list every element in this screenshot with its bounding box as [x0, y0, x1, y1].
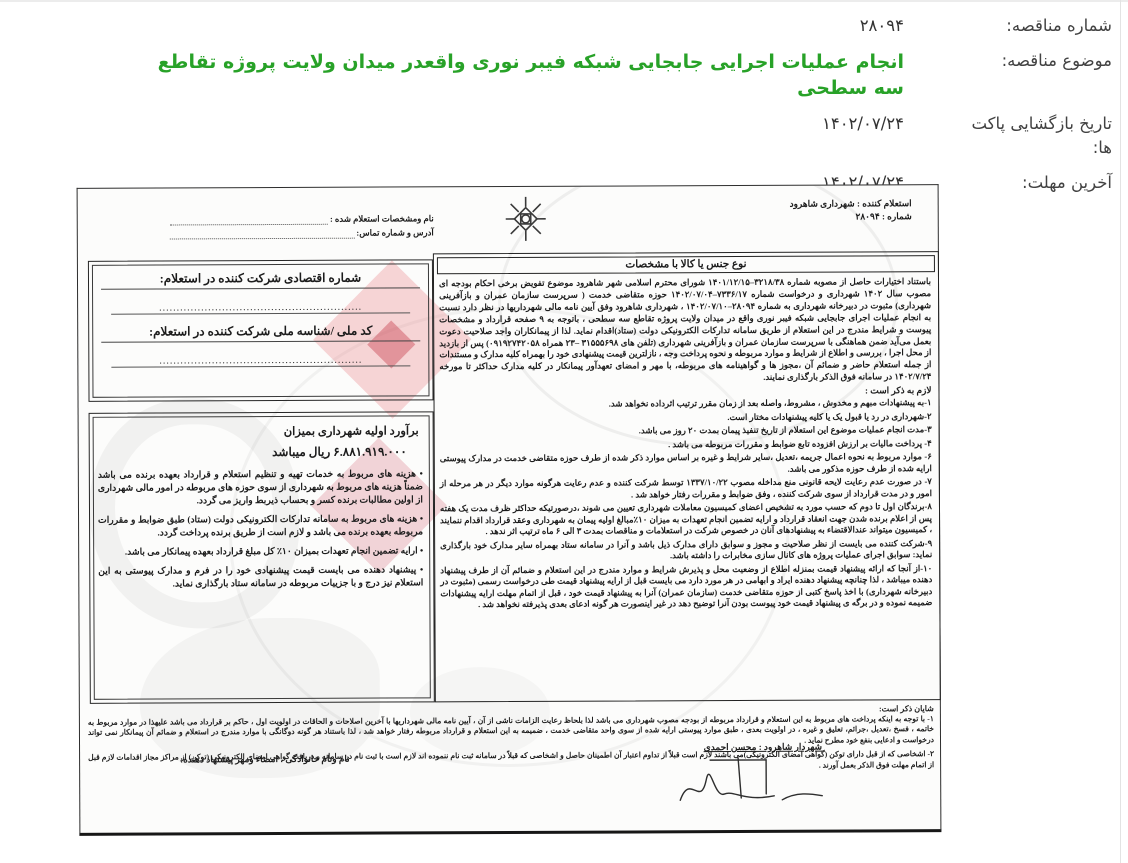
- tender-subject-value: انجام عملیات اجرایی جابجایی شبکه فیبر نو…: [122, 49, 970, 101]
- note-item: ۶- موارد مربوط به نحوه اعمال جریمه ،تعدی…: [435, 451, 939, 476]
- note-item: ۸-برندگان اول تا دوم که حسب مورد به تشخی…: [435, 501, 939, 538]
- note-item: ۱-به پیشنهادات مبهم و مخدوش ، مشروط، واص…: [435, 397, 939, 411]
- inquirer-block: استعلام کننده : شهرداری شاهرود شماره : ۲…: [742, 197, 912, 224]
- specifications-column: نوع جنس یا کالا با مشخصات باستناد اختیار…: [433, 251, 941, 702]
- deadline-label: آخرین مهلت:: [970, 171, 1112, 195]
- top-divider: [0, 0, 1128, 2]
- inquiry-number: شماره : ۲۸۰۹۴: [742, 210, 912, 224]
- economic-number-blank: ........................................…: [111, 302, 410, 314]
- note-item: ۱۰-از آنجا که ارائه پیشنهاد قیمت بمنزله …: [435, 563, 939, 611]
- tender-number-row: شماره مناقصه: ۲۸۰۹۴: [122, 14, 1112, 38]
- cost-bullet: ارایه تضمین انجام تعهدات بمیزان ۱۰٪ کل م…: [90, 538, 433, 558]
- national-id-label: کد ملی /شناسه ملی شرکت کننده در استعلام:: [101, 323, 420, 342]
- estimate-amount: ۶.۸۸۱.۹۱۹.۰۰۰ ریال میباشد: [90, 441, 433, 462]
- requester-contact-row: آدرس و شماره تماس:: [170, 227, 434, 239]
- note-item: ۷- در صورت عدم رعایت لایحه قانونی منع مد…: [435, 476, 939, 501]
- requester-name-row: نام ومشخصات استعلام شده :: [170, 213, 434, 225]
- main-paragraph: باستناد اختیارات حاصل از مصوبه شماره ۳۲۱…: [434, 274, 938, 385]
- tender-header: شماره مناقصه: ۲۸۰۹۴ موضوع مناقصه: انجام …: [122, 14, 1112, 206]
- participant-id-box: شماره اقتصادی شرکت کننده در استعلام: ...…: [88, 259, 434, 402]
- requester-block: نام ومشخصات استعلام شده : آدرس و شماره ت…: [170, 213, 434, 242]
- note-item: ۹-شرکت کننده می بایست از نظر صلاحیت و مج…: [435, 538, 939, 563]
- scanned-inquiry-document: استعلام کننده : شهرداری شاهرود شماره : ۲…: [77, 184, 942, 836]
- cost-bullet: هزینه های مربوط به خدمات تهیه و تنظیم اس…: [90, 461, 433, 507]
- requester-contact-label: آدرس و شماره تماس:: [356, 227, 433, 238]
- open-date-row: تاریخ بازگشایی پاکت ها: ۱۴۰۲/۰۷/۲۴: [122, 112, 1112, 160]
- requester-name-blank: [170, 216, 328, 226]
- note-item: ۴- پرداخت مالیات بر ارزش افزوده تابع ضوا…: [435, 438, 939, 452]
- estimate-title: برآورد اولیه شهرداری بمیزان: [90, 412, 433, 442]
- open-date-label: تاریخ بازگشایی پاکت ها:: [970, 112, 1112, 160]
- requester-contact-blank: [170, 230, 355, 240]
- requester-name-label: نام ومشخصات استعلام شده :: [330, 213, 434, 224]
- right-edge-divider: [1120, 0, 1121, 863]
- inquirer-name: استعلام کننده : شهرداری شاهرود: [742, 197, 912, 211]
- cost-bullet: هزینه های مربوط به سامانه تدارکات الکترو…: [90, 506, 433, 539]
- tender-number-label: شماره مناقصه:: [970, 14, 1112, 38]
- cost-bullet: پیشنهاد دهنده می بایست قیمت پیشنهادی خود…: [90, 557, 433, 590]
- mayor-name-line: شهردار شاهرود : محسن احمدی: [704, 742, 822, 754]
- economic-number-label: شماره اقتصادی شرکت کننده در استعلام:: [101, 270, 420, 289]
- note-item: ۳-مدت انجام عملیات موضوع این استعلام از …: [435, 424, 939, 438]
- tender-subject-label: موضوع مناقصه:: [970, 49, 1112, 101]
- estimate-box: برآورد اولیه شهرداری بمیزان ۶.۸۸۱.۹۱۹.۰۰…: [89, 411, 435, 704]
- bidder-signature-label: نام ونام خانوادگی ، امضاء ومهر پیشنهاد د…: [180, 754, 350, 766]
- mayor-signature: [650, 753, 860, 818]
- tender-number-value: ۲۸۰۹۴: [122, 14, 970, 38]
- national-id-blank: ........................................…: [111, 355, 410, 367]
- municipality-emblem-icon: [502, 195, 550, 245]
- note-item: ۲-شهرداری در رد یا قبول یک یا کلیه پیشنه…: [435, 411, 939, 425]
- open-date-value: ۱۴۰۲/۰۷/۲۴: [122, 112, 970, 160]
- goods-type-header: نوع جنس یا کالا با مشخصات: [437, 255, 935, 274]
- tender-subject-row: موضوع مناقصه: انجام عملیات اجرایی جابجای…: [122, 49, 1112, 101]
